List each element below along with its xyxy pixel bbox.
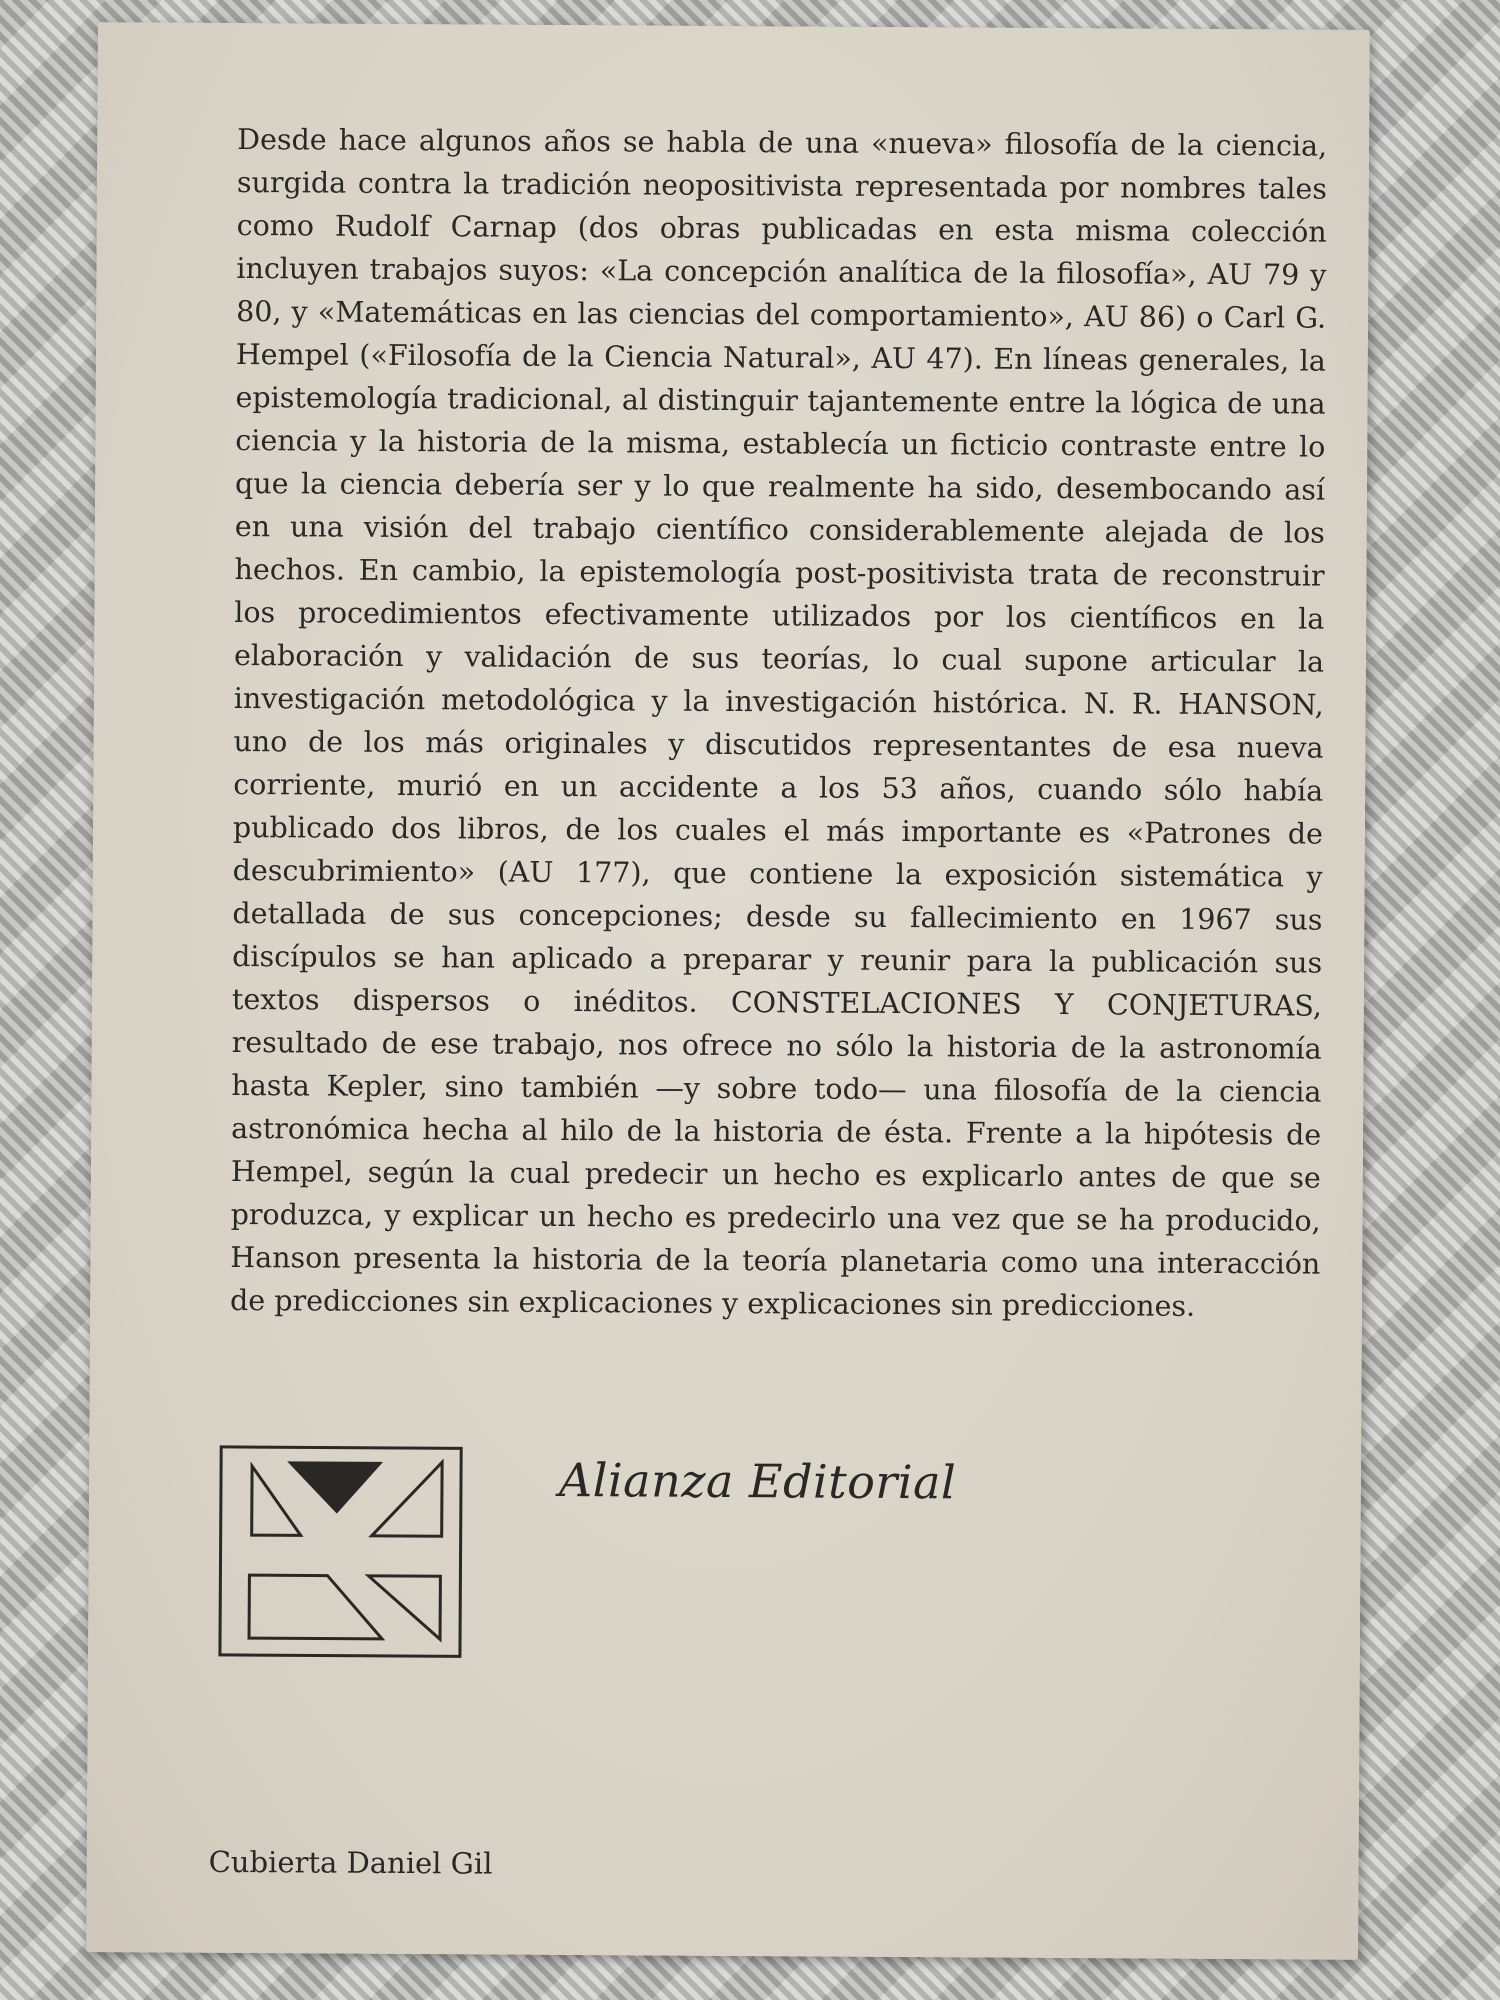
- alianza-editorial-logo-icon: [216, 1443, 527, 1663]
- cover-credit: Cubierta Daniel Gil: [209, 1845, 493, 1881]
- publisher-name: Alianza Editorial: [559, 1453, 957, 1509]
- blurb-text: Desde hace algunos años se habla de una …: [230, 118, 1327, 1329]
- book-back-cover: Desde hace algunos años se habla de una …: [86, 22, 1370, 1960]
